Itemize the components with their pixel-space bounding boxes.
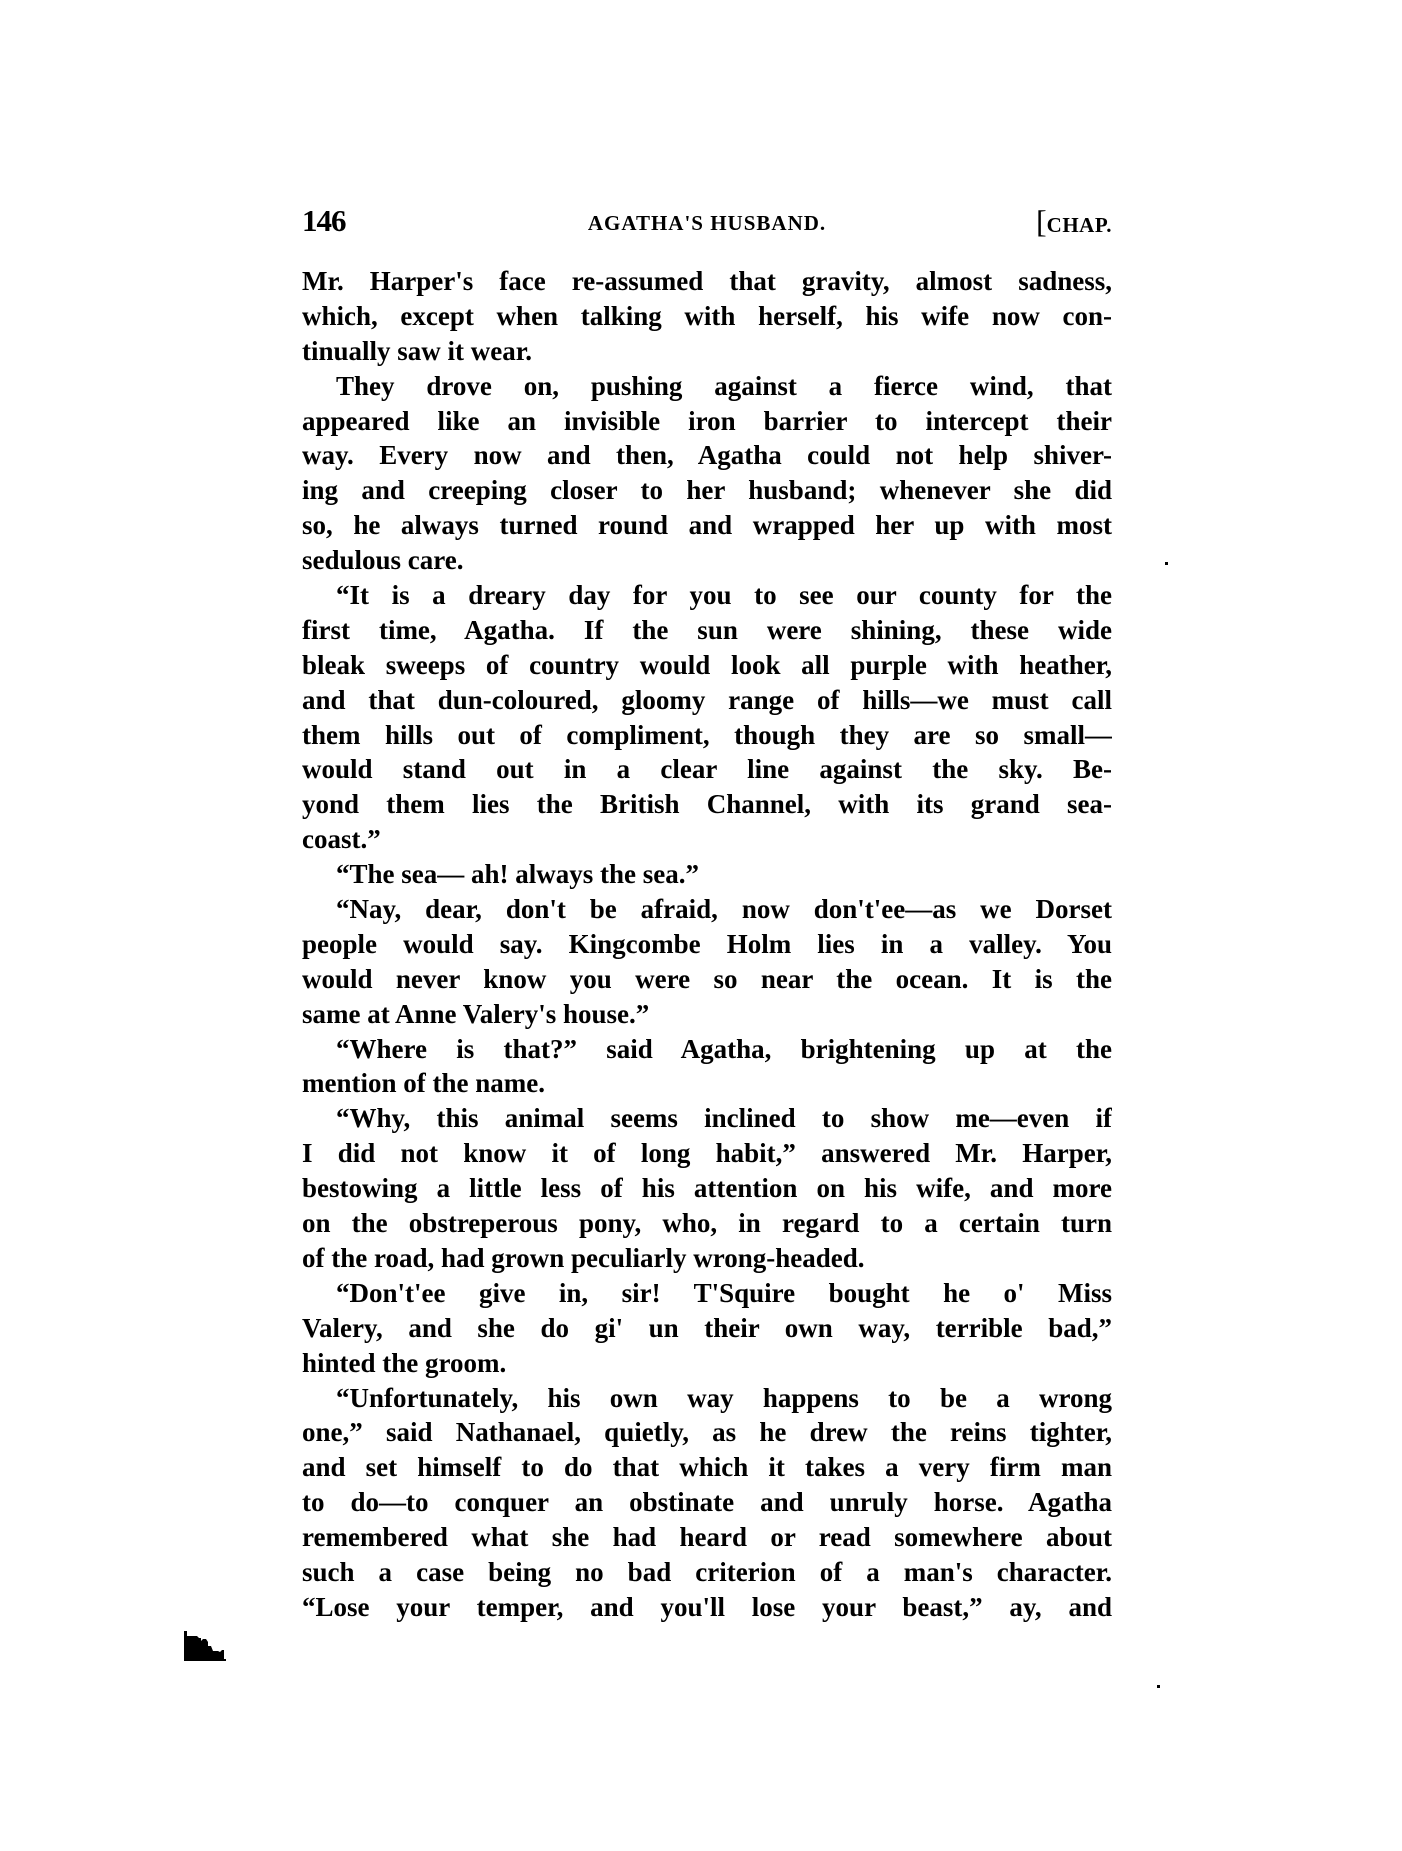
text-line: coast.” — [302, 822, 1112, 857]
text-line: would stand out in a clear line against … — [302, 752, 1112, 787]
text-line: ing and creeping closer to her husband; … — [302, 473, 1112, 508]
text-line: tinually saw it wear. — [302, 334, 1112, 369]
text-line: They drove on, pushing against a fierce … — [302, 369, 1112, 404]
text-line: one,” said Nathanael, quietly, as he dre… — [302, 1415, 1112, 1450]
text-line: “Don't'ee give in, sir! T'Squire bought … — [302, 1276, 1112, 1311]
text-line: same at Anne Valery's house.” — [302, 997, 1112, 1032]
text-line: yond them lies the British Channel, with… — [302, 787, 1112, 822]
text-line: “Unfortunately, his own way happens to b… — [302, 1381, 1112, 1416]
text-line: way. Every now and then, Agatha could no… — [302, 438, 1112, 473]
text-line: Valery, and she do gi' un their own way,… — [302, 1311, 1112, 1346]
chapter-label: CHAP. — [1047, 213, 1112, 237]
text-line: remembered what she had heard or read so… — [302, 1520, 1112, 1555]
text-line: “The sea— ah! always the sea.” — [302, 857, 1112, 892]
book-page: 146 AGATHA'S HUSBAND. [CHAP. Mr. Harper'… — [0, 0, 1402, 1851]
text-line: on the obstreperous pony, who, in regard… — [302, 1206, 1112, 1241]
chapter-bracket: [ — [1036, 203, 1047, 239]
text-line: “Why, this animal seems inclined to show… — [302, 1101, 1112, 1136]
text-line: sedulous care. — [302, 543, 1112, 578]
scan-speck — [1157, 1685, 1160, 1688]
text-line: of the road, had grown peculiarly wrong-… — [302, 1241, 1112, 1276]
text-line: which, except when talking with herself,… — [302, 299, 1112, 334]
text-line: “Lose your temper, and you'll lose your … — [302, 1590, 1112, 1625]
text-line: “Where is that?” said Agatha, brightenin… — [302, 1032, 1112, 1067]
text-line: hinted the groom. — [302, 1346, 1112, 1381]
text-line: bleak sweeps of country would look all p… — [302, 648, 1112, 683]
text-line: them hills out of compliment, though the… — [302, 718, 1112, 753]
text-line: mention of the name. — [302, 1066, 1112, 1101]
text-line: to do—to conquer an obstinate and unruly… — [302, 1485, 1112, 1520]
text-line: so, he always turned round and wrapped h… — [302, 508, 1112, 543]
text-line: and that dun-coloured, gloomy range of h… — [302, 683, 1112, 718]
body-text: Mr. Harper's face re-assumed that gravit… — [302, 264, 1112, 1625]
text-line: would never know you were so near the oc… — [302, 962, 1112, 997]
text-line: appeared like an invisible iron barrier … — [302, 404, 1112, 439]
text-line: first time, Agatha. If the sun were shin… — [302, 613, 1112, 648]
text-line: bestowing a little less of his attention… — [302, 1171, 1112, 1206]
text-line: and set himself to do that which it take… — [302, 1450, 1112, 1485]
text-line: “It is a dreary day for you to see our c… — [302, 578, 1112, 613]
text-line: such a case being no bad criterion of a … — [302, 1555, 1112, 1590]
scan-artifact-mark — [184, 1631, 226, 1661]
text-line: people would say. Kingcombe Holm lies in… — [302, 927, 1112, 962]
running-header: 146 AGATHA'S HUSBAND. [CHAP. — [302, 204, 1112, 238]
text-line: I did not know it of long habit,” answer… — [302, 1136, 1112, 1171]
chapter-marker: [CHAP. — [1036, 204, 1112, 242]
book-title: AGATHA'S HUSBAND. — [302, 208, 1112, 238]
text-line: Mr. Harper's face re-assumed that gravit… — [302, 264, 1112, 299]
text-line: “Nay, dear, don't be afraid, now don't'e… — [302, 892, 1112, 927]
scan-speck — [1165, 562, 1168, 565]
